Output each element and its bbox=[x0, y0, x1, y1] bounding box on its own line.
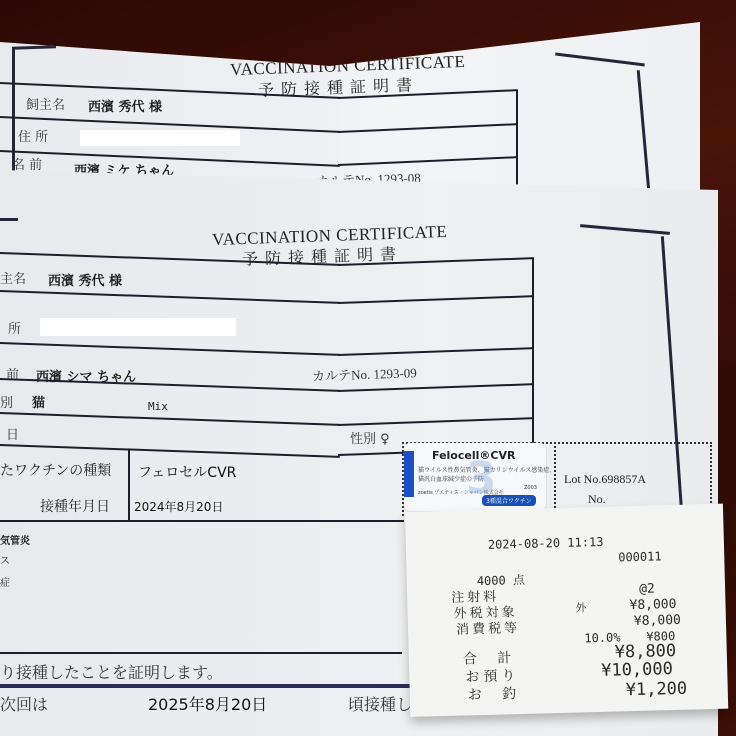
disease-3: 症 bbox=[0, 574, 10, 589]
next-date: 2025年8月20日 bbox=[148, 692, 267, 715]
table-right-border bbox=[532, 258, 534, 448]
row-line bbox=[0, 652, 402, 654]
receipt-item-value: ¥8,000 bbox=[634, 613, 681, 629]
frame-top-right bbox=[580, 224, 670, 235]
lot-number: Lot No.698857A bbox=[564, 472, 646, 487]
receipt-number: 000011 bbox=[618, 549, 662, 564]
sex-value: ♀ bbox=[380, 432, 390, 447]
sex-label: 性別 bbox=[350, 432, 376, 447]
vaccination-date-value: 2024年8月20日 bbox=[134, 498, 223, 515]
sticker-watermark-3: 3 bbox=[466, 453, 497, 504]
row-line bbox=[0, 412, 340, 426]
receipt-item-mark: 外 bbox=[575, 599, 586, 615]
row-line bbox=[338, 417, 534, 426]
row-line bbox=[338, 347, 534, 356]
chart-no-label: カルテNo. bbox=[312, 367, 371, 384]
lot-value: 698857A bbox=[601, 472, 646, 486]
vaccine-type-label: たワクチンの種類 bbox=[0, 460, 111, 480]
frame-top-right bbox=[555, 53, 645, 67]
column-divider bbox=[128, 450, 130, 520]
receipt-datetime: 2024-08-20 11:13 bbox=[488, 535, 604, 552]
no-label: No. bbox=[588, 492, 606, 507]
sticker-code: Z003 bbox=[524, 485, 537, 491]
receipt-item-value: @2 bbox=[639, 581, 655, 596]
address-label: 住 所 bbox=[18, 126, 48, 145]
receipt-change-value: ¥1,200 bbox=[625, 679, 687, 701]
chart-no: カルテNo. 1293-09 bbox=[312, 362, 417, 385]
address-redaction bbox=[40, 318, 236, 336]
sex-field: 性別 ♀ bbox=[350, 428, 390, 447]
owner-value: 西濱 秀代 様 bbox=[48, 270, 122, 289]
row-line bbox=[338, 123, 518, 133]
species-label: 別 bbox=[0, 392, 13, 411]
name-label: 名 前 bbox=[12, 154, 42, 173]
owner-value: 西濱 秀代 様 bbox=[88, 96, 162, 115]
receipt-item-label: 消費税等 bbox=[456, 617, 520, 638]
vaccine-sticker: Felocell®CVR 猫ウイルス性鼻気管炎、猫カリシウイルス感染症、 猫汎白… bbox=[404, 443, 546, 511]
receipt-paid-value: ¥10,000 bbox=[601, 659, 673, 681]
receipt-item-value: ¥8,000 bbox=[629, 597, 676, 613]
species-value: 猫 bbox=[32, 392, 45, 411]
breed-value: Mix bbox=[148, 400, 168, 413]
frame-top-corner bbox=[0, 218, 18, 221]
address-label: 所 bbox=[8, 318, 21, 337]
vaccination-date-label: 接種年月日 bbox=[40, 496, 110, 516]
row-line bbox=[338, 383, 534, 392]
disease-2: ス bbox=[0, 552, 10, 567]
lot-label: Lot No. bbox=[564, 472, 601, 486]
row-line bbox=[338, 156, 518, 166]
row-line bbox=[0, 342, 340, 356]
owner-label: 飼主名 bbox=[26, 94, 65, 113]
row-line bbox=[0, 520, 404, 522]
receipt: 2024-08-20 11:13 000011 4000 点 注射料 @2 外税… bbox=[405, 504, 728, 717]
title-ja: 予防接種証明書 bbox=[242, 241, 404, 270]
next-label: 次回は bbox=[0, 692, 48, 715]
frame-top-corner bbox=[12, 45, 56, 50]
certify-text: り接種したことを証明します。 bbox=[0, 660, 223, 683]
vaccine-type-value: フェロセルCVR bbox=[138, 462, 236, 482]
sticker-accent-bar bbox=[404, 451, 414, 497]
birthdate-label: 日 bbox=[6, 424, 19, 443]
row-line bbox=[0, 444, 340, 458]
row-line bbox=[338, 295, 534, 304]
chart-no-value: 1293-09 bbox=[373, 365, 417, 382]
address-redaction bbox=[80, 130, 240, 146]
owner-label: 主名 bbox=[0, 268, 26, 287]
receipt-change-label: お 釣 bbox=[468, 683, 523, 704]
disease-1: 気管炎 bbox=[0, 532, 30, 547]
row-line bbox=[0, 290, 340, 304]
